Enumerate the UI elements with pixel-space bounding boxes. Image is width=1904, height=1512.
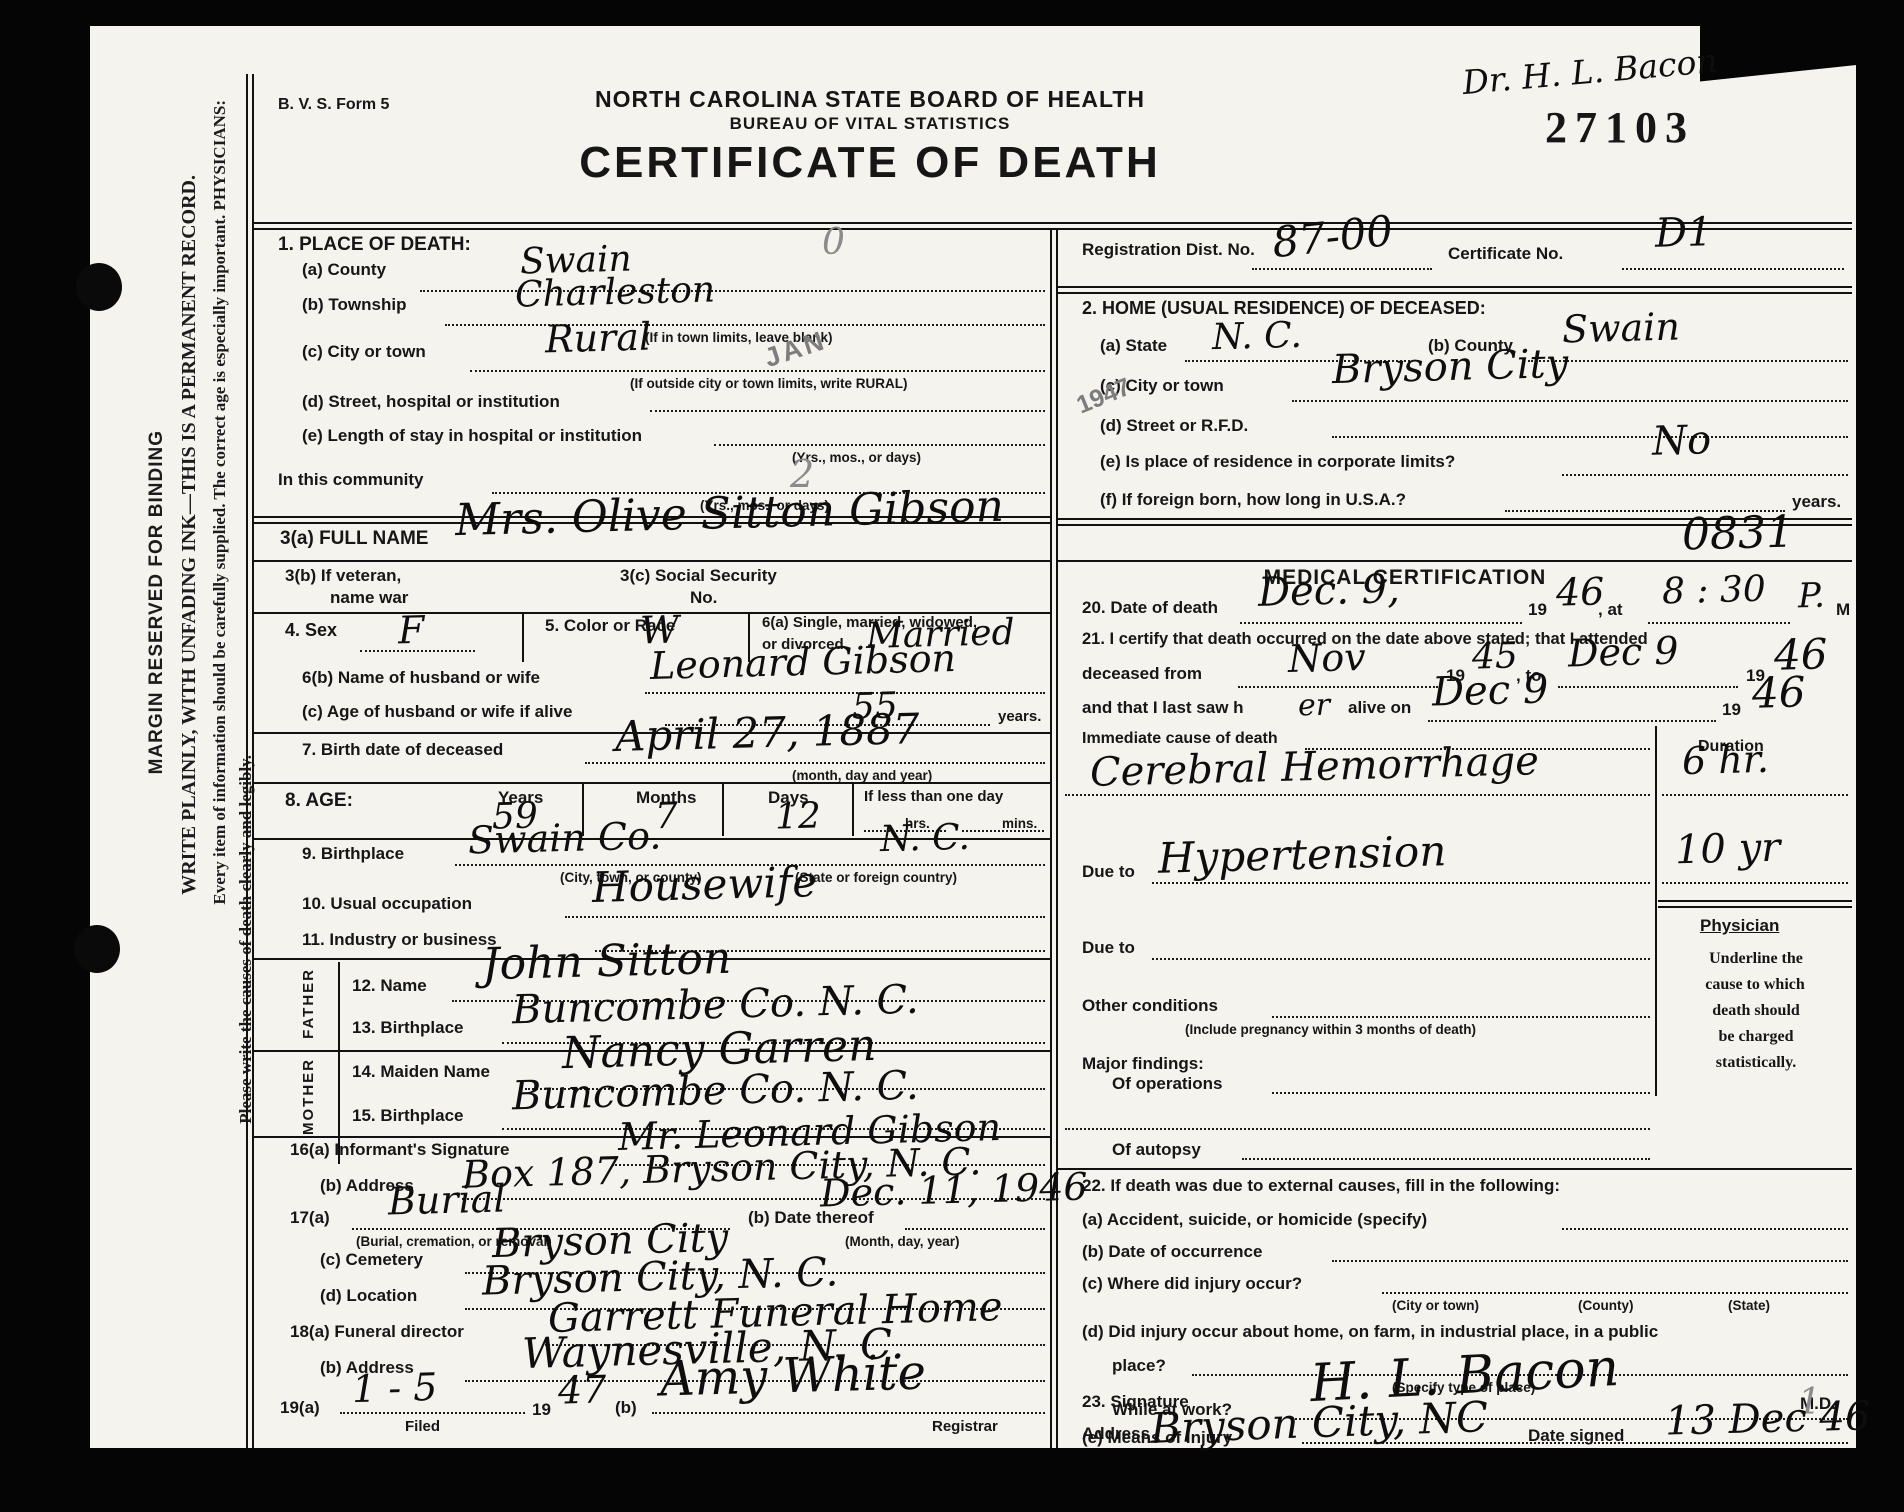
burial-value: Burial bbox=[387, 1176, 506, 1223]
street-line bbox=[650, 410, 1045, 412]
death-date-value: Dec. 9, bbox=[1257, 566, 1400, 616]
mother-name-label: 14. Maiden Name bbox=[352, 1062, 490, 1082]
filed-label: 19(a) bbox=[280, 1398, 320, 1418]
duration-line-3 bbox=[1662, 882, 1848, 884]
township-value: Charleston bbox=[514, 269, 715, 315]
father-birth-label: 13. Birthplace bbox=[352, 1018, 464, 1038]
age-mins-label: mins. bbox=[1002, 816, 1037, 831]
attended-from-value: Nov bbox=[1287, 635, 1366, 681]
cause-line-2 bbox=[1065, 794, 1650, 796]
code-band-rule bbox=[1057, 560, 1852, 562]
birthplace-label: 9. Birthplace bbox=[302, 844, 404, 864]
birthdate-line bbox=[585, 762, 1045, 764]
date-signed-label: Date signed bbox=[1528, 1426, 1624, 1446]
operations-label: Of operations bbox=[1112, 1074, 1223, 1094]
death-year-value: 46 bbox=[1555, 569, 1604, 614]
occupation-value: Housewife bbox=[591, 857, 817, 912]
death-ampm-value: P. bbox=[1797, 576, 1825, 617]
spouse-age-units: years. bbox=[998, 708, 1041, 725]
home-street-label: (d) Street or R.F.D. bbox=[1100, 416, 1248, 436]
age-divider-3 bbox=[852, 782, 854, 836]
major-findings-label: Major findings: bbox=[1082, 1054, 1204, 1074]
due1-line bbox=[1152, 882, 1650, 884]
other-conditions-line bbox=[1272, 1016, 1650, 1018]
father-side-label: FATHER bbox=[300, 968, 317, 1039]
occupation-label: 10. Usual occupation bbox=[302, 894, 472, 914]
city-line bbox=[470, 370, 1045, 372]
other-conditions-label: Other conditions bbox=[1082, 996, 1218, 1016]
ssn-label-1: 3(c) Social Security bbox=[620, 566, 777, 586]
veteran-label-1: 3(b) If veteran, bbox=[285, 566, 401, 586]
duration-line-2 bbox=[1662, 794, 1848, 796]
saw-year-value: 46 bbox=[1751, 667, 1806, 717]
saw-year-prefix: 19 bbox=[1722, 700, 1741, 720]
autopsy-label: Of autopsy bbox=[1112, 1140, 1201, 1160]
name-band-bottom-rule bbox=[252, 560, 1050, 562]
due1-value: Hypertension bbox=[1157, 826, 1446, 883]
community-label: In this community bbox=[278, 470, 423, 490]
fullname-label: 3(a) FULL NAME bbox=[280, 528, 428, 550]
scan-border-bottom bbox=[0, 1448, 1904, 1512]
veteran-label-2: name war bbox=[330, 588, 408, 608]
registrar-value: Amy White bbox=[659, 1345, 926, 1408]
city-value: Rural bbox=[544, 315, 651, 362]
birthplace-value: Swain Co. bbox=[467, 813, 661, 862]
city-hint: (If outside city or town limits, write R… bbox=[630, 376, 908, 391]
age-less-label: If less than one day bbox=[864, 788, 1003, 805]
external-heading: 22. If death was due to external causes,… bbox=[1082, 1176, 1560, 1196]
stray-pencil-zero: 0 bbox=[822, 222, 845, 263]
reg-dist-line bbox=[1252, 268, 1432, 270]
date-signed-value: 13 Dec 46 bbox=[1664, 1393, 1871, 1444]
sex-race-divider bbox=[522, 612, 524, 662]
home-county-line bbox=[1528, 360, 1848, 362]
form-left-border bbox=[246, 74, 254, 1448]
margin-note-binding: MARGIN RESERVED FOR BINDING bbox=[146, 430, 168, 774]
autopsy-line bbox=[1242, 1158, 1650, 1160]
ssn-label-2: No. bbox=[690, 588, 717, 608]
burial-date-hint: (Month, day, year) bbox=[845, 1234, 960, 1249]
cert-no-line bbox=[1622, 268, 1844, 270]
street-label: (d) Street, hospital or institution bbox=[302, 392, 560, 412]
physician-note-2: cause to which bbox=[1658, 976, 1852, 994]
duration-column-line bbox=[1655, 726, 1657, 1096]
occupation-line bbox=[565, 916, 1045, 918]
registration-rule bbox=[1057, 286, 1852, 294]
sex-value: F bbox=[397, 608, 425, 653]
corporate-line bbox=[1562, 474, 1848, 476]
sex-label: 4. Sex bbox=[285, 620, 337, 641]
cause-duration-value: 6 hr. bbox=[1681, 737, 1769, 783]
death-m-label: M bbox=[1836, 600, 1850, 620]
birthplace-hint-2: (State or foreign country) bbox=[795, 870, 957, 885]
filed-value: 1 - 5 bbox=[351, 1365, 437, 1411]
mother-side-label: MOTHER bbox=[300, 1058, 317, 1135]
external-c-hint-county: (County) bbox=[1578, 1298, 1633, 1313]
death-time-value: 8 : 30 bbox=[1661, 569, 1766, 613]
last-saw-value: Dec 9 bbox=[1431, 666, 1548, 715]
filed-year-prefix: 19 bbox=[532, 1400, 551, 1420]
form-number: B. V. S. Form 5 bbox=[278, 96, 389, 114]
medical-bottom-rule bbox=[1057, 1168, 1852, 1170]
stay-label: (e) Length of stay in hospital or instit… bbox=[302, 426, 642, 446]
column-divider bbox=[1050, 228, 1058, 1448]
age-divider-2 bbox=[722, 782, 724, 836]
attended-from-label: deceased from bbox=[1082, 664, 1202, 684]
bureau-subtitle: BUREAU OF VITAL STATISTICS bbox=[480, 114, 1260, 134]
registrar-line bbox=[652, 1412, 1045, 1414]
external-c-hint-state: (State) bbox=[1728, 1298, 1770, 1313]
corporate-label: (e) Is place of residence in corporate l… bbox=[1100, 452, 1455, 472]
death-date-label: 20. Date of death bbox=[1082, 598, 1218, 618]
due1-label: Due to bbox=[1082, 862, 1135, 882]
burial-date-value: Dec. 11, 1946 bbox=[819, 1165, 1088, 1216]
last-saw-er: er bbox=[1298, 688, 1331, 724]
home-state-label: (a) State bbox=[1100, 336, 1167, 356]
home-city-line bbox=[1292, 400, 1848, 402]
city-label: (c) City or town bbox=[302, 342, 426, 362]
reg-dist-label: Registration Dist. No. bbox=[1082, 240, 1255, 260]
birthplace-state: N. C. bbox=[879, 817, 970, 860]
mother-birth-label: 15. Birthplace bbox=[352, 1106, 464, 1126]
cert-no-value: D1 bbox=[1654, 209, 1713, 256]
last-saw-label: and that I last saw h bbox=[1082, 698, 1244, 718]
filed-year-value: 47 bbox=[557, 1367, 606, 1412]
operations-line bbox=[1272, 1092, 1650, 1094]
external-d-label-1: (d) Did injury occur about home, on farm… bbox=[1082, 1322, 1658, 1342]
birthdate-hint: (month, day and year) bbox=[792, 768, 932, 783]
registrar-hint: Registrar bbox=[932, 1418, 998, 1435]
physician-note-4: be charged bbox=[1662, 1028, 1850, 1046]
attended-to-line bbox=[1558, 686, 1738, 688]
margin-note-permanent-record: WRITE PLAINLY, WITH UNFADING INK—THIS IS… bbox=[178, 175, 201, 895]
hole-punch-bottom bbox=[74, 925, 120, 973]
spouse-line bbox=[645, 692, 1045, 694]
hole-punch-top bbox=[76, 263, 122, 311]
county-line bbox=[420, 290, 1045, 292]
due2-label: Due to bbox=[1082, 938, 1135, 958]
county-label: (a) County bbox=[302, 260, 386, 280]
spouse-age-label: (c) Age of husband or wife if alive bbox=[302, 702, 572, 722]
age-label: 8. AGE: bbox=[285, 790, 353, 812]
other-conditions-hint: (Include pregnancy within 3 months of de… bbox=[1185, 1022, 1476, 1037]
physician-heading: Physician bbox=[1700, 916, 1779, 936]
burial-date-line bbox=[905, 1228, 1045, 1230]
external-a-label: (a) Accident, suicide, or homicide (spec… bbox=[1082, 1210, 1427, 1230]
scan-border-left bbox=[0, 0, 90, 1512]
scan-border-top bbox=[0, 0, 1904, 26]
margin-note-supplied: Every item of information should be care… bbox=[210, 100, 230, 905]
township-label: (b) Township bbox=[302, 295, 407, 315]
code-0831: 0831 bbox=[1681, 507, 1794, 561]
external-d-label-2: place? bbox=[1112, 1356, 1166, 1376]
township-line bbox=[445, 324, 1045, 326]
findings-line-2 bbox=[1065, 1128, 1650, 1130]
alive-on-label: alive on bbox=[1348, 698, 1411, 718]
birthdate-label: 7. Birth date of deceased bbox=[302, 740, 503, 760]
attended-to-value: Dec 9 bbox=[1567, 629, 1679, 676]
scan-border-right bbox=[1856, 0, 1904, 1512]
director-label: 18(a) Funeral director bbox=[290, 1322, 464, 1342]
father-name-label: 12. Name bbox=[352, 976, 427, 996]
home-street-line bbox=[1332, 436, 1848, 438]
physician-note-5: statistically. bbox=[1662, 1054, 1850, 1072]
cert-no-label: Certificate No. bbox=[1448, 244, 1563, 264]
filed-hint: Filed bbox=[405, 1418, 440, 1435]
foreign-label: (f) If foreign born, how long in U.S.A.? bbox=[1100, 490, 1406, 510]
physician-note-3: death should bbox=[1662, 1002, 1850, 1020]
external-b-label: (b) Date of occurrence bbox=[1082, 1242, 1262, 1262]
stay-line bbox=[714, 444, 1045, 446]
section1-heading: 1. PLACE OF DEATH: bbox=[278, 234, 471, 256]
external-c-line bbox=[1382, 1292, 1848, 1294]
certificate-serial-stamp: 27103 bbox=[1545, 102, 1695, 153]
industry-label: 11. Industry or business bbox=[302, 930, 497, 950]
home-city-value: Bryson City bbox=[1331, 341, 1568, 393]
corporate-value: No bbox=[1651, 417, 1711, 465]
filed-line bbox=[340, 1412, 525, 1414]
birthdate-row-rule bbox=[252, 782, 1050, 784]
physician-note-1: Underline the bbox=[1662, 950, 1850, 968]
address-label: Address bbox=[1082, 1424, 1150, 1444]
spouse-value: Leonard Gibson bbox=[649, 636, 956, 688]
scanned-death-certificate: MARGIN RESERVED FOR BINDING WRITE PLAINL… bbox=[0, 0, 1904, 1512]
home-county-value: Swain bbox=[1561, 304, 1680, 351]
location-label: (d) Location bbox=[320, 1286, 417, 1306]
age-mins-line bbox=[962, 830, 1044, 832]
registrar-label: (b) bbox=[615, 1398, 637, 1418]
external-c-hint-city: (City or town) bbox=[1392, 1298, 1479, 1313]
age-days-value: 12 bbox=[774, 795, 821, 837]
certificate-title: CERTIFICATE OF DEATH bbox=[480, 138, 1260, 188]
spouse-label: 6(b) Name of husband or wife bbox=[302, 668, 540, 688]
death-year-prefix: 19 bbox=[1528, 600, 1547, 620]
birthdate-value: April 27, 1887 bbox=[614, 704, 920, 761]
home-state-value: N. C. bbox=[1211, 315, 1302, 358]
due2-line bbox=[1152, 958, 1650, 960]
board-title: NORTH CAROLINA STATE BOARD OF HEALTH bbox=[480, 86, 1260, 113]
death-date-line bbox=[1240, 622, 1522, 624]
attended-from-line bbox=[1238, 686, 1438, 688]
due1-duration-value: 10 yr bbox=[1674, 825, 1781, 874]
external-b-line bbox=[1332, 1260, 1848, 1262]
physician-box-top-rule bbox=[1658, 900, 1852, 908]
foreign-units: years. bbox=[1792, 492, 1841, 512]
last-saw-line bbox=[1428, 720, 1716, 722]
external-a-line bbox=[1562, 1228, 1848, 1230]
external-c-label: (c) Where did injury occur? bbox=[1082, 1274, 1302, 1294]
burial-label: 17(a) bbox=[290, 1208, 330, 1228]
death-time-line bbox=[1648, 622, 1790, 624]
cemetery-label: (c) Cemetery bbox=[320, 1250, 423, 1270]
